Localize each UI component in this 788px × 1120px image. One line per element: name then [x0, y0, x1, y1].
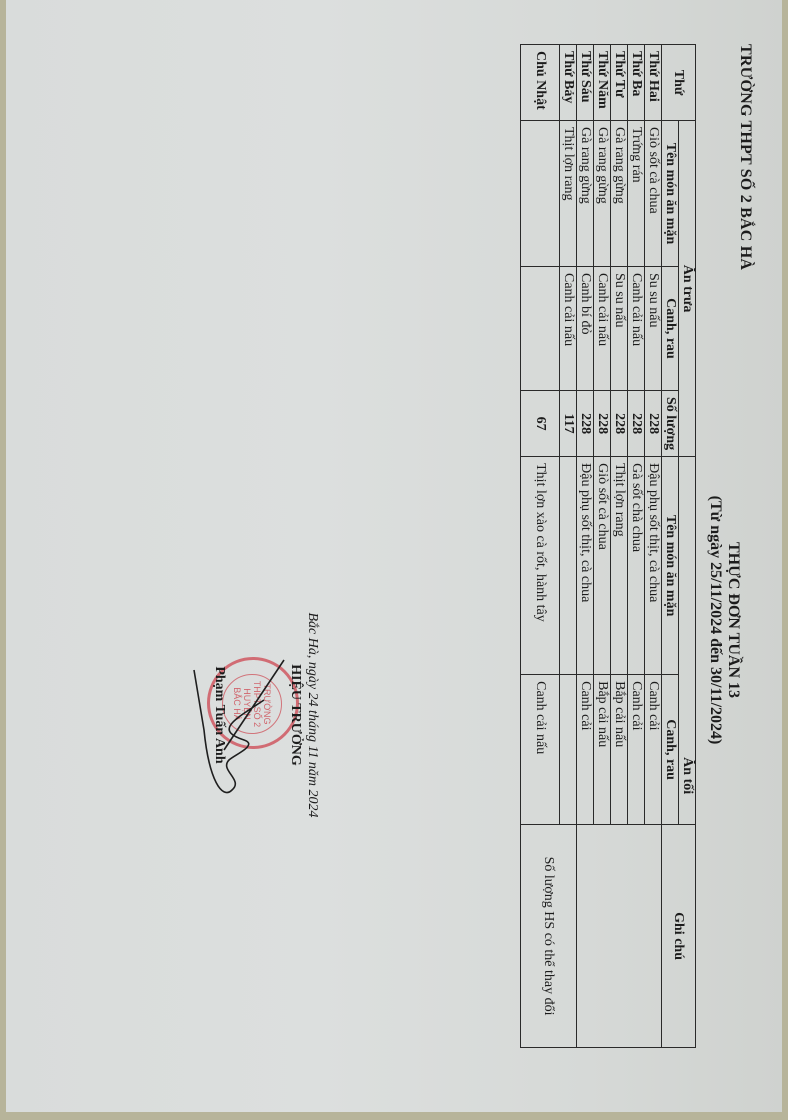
lunch-main-cell: Thịt lợn rang	[560, 121, 577, 267]
dinner-main-cell: Đậu phụ sốt thịt, cà chua	[577, 457, 594, 675]
menu-sheet: TRƯỜNG THPT SỐ 2 BẮC HÀ THỰC ĐƠN TUẦN 13…	[6, 0, 788, 1120]
dinner-main-cell: Thịt lợn rang	[611, 457, 628, 675]
weekly-menu-table: Thứ Ăn trưa Ăn tối Ghi chú Tên món ăn mặ…	[520, 44, 696, 1048]
header-quantity: Số lượng	[662, 391, 679, 457]
header-lunch-main: Tên món ăn mặn	[662, 121, 679, 267]
day-cell: Thứ Hai	[645, 45, 662, 121]
dinner-soup-cell: Canh cải nấu	[521, 675, 560, 825]
dinner-main-cell: Đậu phụ sốt thịt, cà chua	[645, 457, 662, 675]
lunch-main-cell: Gà rang gừng	[594, 121, 611, 267]
header-dinner-soup: Canh, rau	[662, 675, 679, 825]
menu-row: Thứ BảyThịt lợn rangCanh cải nấu117Số lư…	[560, 45, 577, 1048]
day-cell: Thứ Ba	[628, 45, 645, 121]
header-dinner-main: Tên món ăn mặn	[662, 457, 679, 675]
quantity-cell: 67	[521, 391, 560, 457]
dinner-soup-cell: Canh cải	[645, 675, 662, 825]
day-cell: Chủ Nhật	[521, 45, 560, 121]
title-block: THỰC ĐƠN TUẦN 13 (Từ ngày 25/11/2024 đến…	[706, 420, 742, 820]
lunch-soup-cell: Canh bí đỏ	[577, 267, 594, 391]
header-day: Thứ	[662, 45, 696, 121]
day-cell: Thứ Năm	[594, 45, 611, 121]
lunch-soup-cell: Su su nấu	[611, 267, 628, 391]
header-lunch: Ăn trưa	[679, 121, 696, 457]
dinner-main-cell	[560, 457, 577, 675]
dinner-soup-cell: Bắp cải nấu	[611, 675, 628, 825]
dinner-soup-cell	[560, 675, 577, 825]
signature-block: Bắc Hà, ngày 24 tháng 11 năm 2024 HIỆU T…	[211, 600, 320, 830]
day-cell: Thứ Sáu	[577, 45, 594, 121]
dinner-soup-cell: Canh cải	[628, 675, 645, 825]
document-subtitle: (Từ ngày 25/11/2024 đến 30/11/2024)	[706, 420, 724, 820]
quantity-cell: 117	[560, 391, 577, 457]
document-photo: TRƯỜNG THPT SỐ 2 BẮC HÀ THỰC ĐƠN TUẦN 13…	[6, 0, 782, 1112]
header-lunch-soup: Canh, rau	[662, 267, 679, 391]
lunch-main-cell: Giò sốt cà chua	[645, 121, 662, 267]
quantity-cell: 228	[628, 391, 645, 457]
signer-name: Phạm Tuấn Anh	[211, 600, 227, 830]
lunch-main-cell: Gà rang gừng	[611, 121, 628, 267]
quantity-cell: 228	[577, 391, 594, 457]
lunch-main-cell: Gà rang gừng	[577, 121, 594, 267]
note-empty-cell	[577, 825, 662, 1048]
quantity-cell: 228	[645, 391, 662, 457]
quantity-cell: 228	[611, 391, 628, 457]
lunch-soup-cell: Su su nấu	[645, 267, 662, 391]
dinner-main-cell: Giò sốt cà chua	[594, 457, 611, 675]
school-name: TRƯỜNG THPT SỐ 2 BẮC HÀ	[736, 44, 754, 270]
dinner-main-cell: Gà sốt chà chua	[628, 457, 645, 675]
day-cell: Thứ Bảy	[560, 45, 577, 121]
lunch-soup-cell: Canh cải nấu	[628, 267, 645, 391]
dinner-main-cell: Thịt lợn xào cà rốt, hành tây	[521, 457, 560, 675]
signer-role: HIỆU TRƯỞNG	[287, 600, 303, 830]
lunch-main-cell	[521, 121, 560, 267]
day-cell: Thứ Tư	[611, 45, 628, 121]
header-note: Ghi chú	[662, 825, 696, 1048]
place-date: Bắc Hà, ngày 24 tháng 11 năm 2024	[304, 600, 320, 830]
header-dinner: Ăn tối	[679, 457, 696, 825]
quantity-cell: 228	[594, 391, 611, 457]
lunch-soup-cell	[521, 267, 560, 391]
lunch-main-cell: Trứng rán	[628, 121, 645, 267]
dinner-soup-cell: Canh cải	[577, 675, 594, 825]
note-cell: Số lượng HS có thể thay đổi	[521, 825, 577, 1048]
dinner-soup-cell: Bắp cải nấu	[594, 675, 611, 825]
lunch-soup-cell: Canh cải nấu	[594, 267, 611, 391]
lunch-soup-cell: Canh cải nấu	[560, 267, 577, 391]
menu-row: Thứ HaiGiò sốt cà chuaSu su nấu228Đậu ph…	[645, 45, 662, 1048]
document-title: THỰC ĐƠN TUẦN 13	[724, 420, 742, 820]
